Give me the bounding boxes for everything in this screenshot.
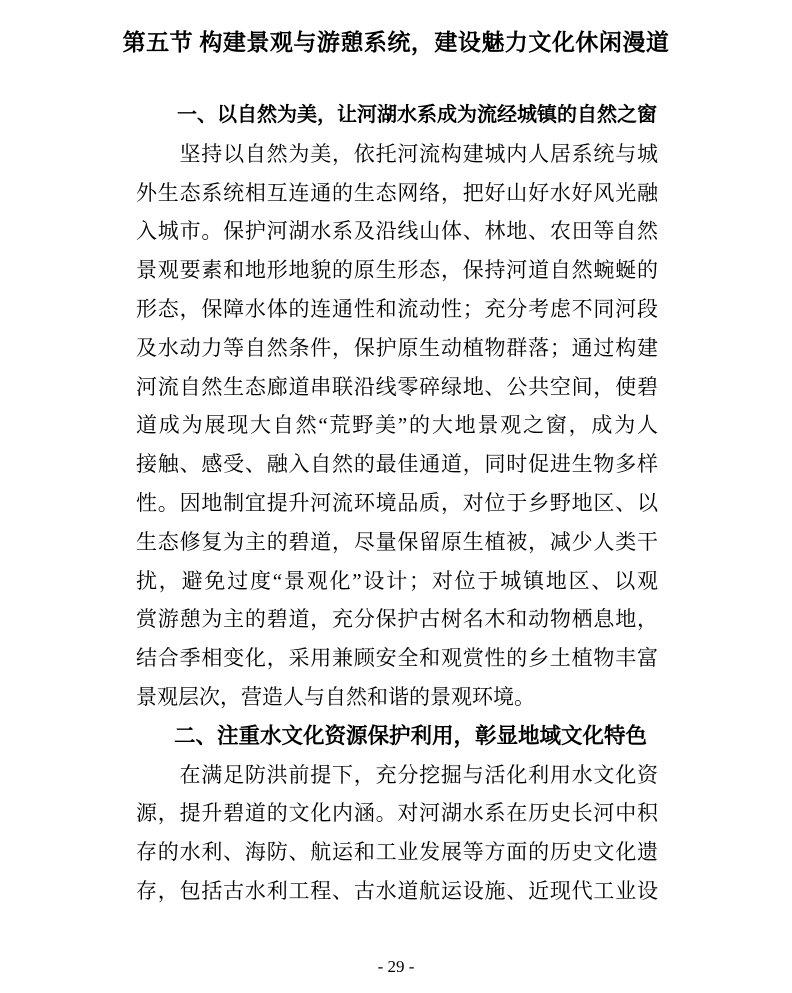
body-line: 结合季相变化，采用兼顾安全和观赏性的乡土植物丰富: [136, 639, 658, 678]
body-line: 源，提升碧道的文化内涵。对河湖水系在历史长河中积: [136, 794, 658, 833]
body-line: 在满足防洪前提下，充分挖掘与活化利用水文化资: [136, 756, 658, 795]
body-line: 接触、感受、融入自然的最佳通道，同时促进生物多样: [136, 445, 658, 484]
page-content: 一、以自然为美，让河湖水系成为流经城镇的自然之窗 坚持以自然为美，依托河流构建城…: [136, 96, 658, 911]
body-line: 存的水利、海防、航运和工业发展等方面的历史文化遗: [136, 833, 658, 872]
body-line: 河流自然生态廊道串联沿线零碎绿地、公共空间，使碧: [136, 368, 658, 407]
body-line: 扰，避免过度“景观化”设计；对位于城镇地区、以观: [136, 562, 658, 601]
body-line: 赏游憩为主的碧道，充分保护古树名木和动物栖息地，: [136, 600, 658, 639]
body-line: 坚持以自然为美，依托河流构建城内人居系统与城: [136, 135, 658, 174]
section-1-heading: 一、以自然为美，让河湖水系成为流经城镇的自然之窗: [136, 96, 658, 135]
body-line: 景观层次，营造人与自然和谐的景观环境。: [136, 678, 658, 717]
document-page: 第五节 构建景观与游憩系统，建设魅力文化休闲漫道 一、以自然为美，让河湖水系成为…: [0, 0, 792, 993]
body-line: 及水动力等自然条件，保护原生动植物群落；通过构建: [136, 329, 658, 368]
body-line: 形态，保障水体的连通性和流动性；充分考虑不同河段: [136, 290, 658, 329]
section-2-heading: 二、注重水文化资源保护利用，彰显地域文化特色: [136, 717, 658, 756]
body-line: 生态修复为主的碧道，尽量保留原生植被，减少人类干: [136, 523, 658, 562]
page-title: 第五节 构建景观与游憩系统，建设魅力文化休闲漫道: [0, 24, 792, 57]
body-line: 景观要素和地形地貌的原生形态，保持河道自然蜿蜒的: [136, 251, 658, 290]
body-line: 道成为展现大自然“荒野美”的大地景观之窗，成为人: [136, 406, 658, 445]
body-line: 外生态系统相互连通的生态网络，把好山好水好风光融: [136, 174, 658, 213]
body-line: 入城市。保护河湖水系及沿线山体、林地、农田等自然: [136, 212, 658, 251]
body-line: 存，包括古水利工程、古水道航运设施、近现代工业设: [136, 872, 658, 911]
page-number: - 29 -: [0, 957, 792, 977]
body-line: 性。因地制宜提升河流环境品质，对位于乡野地区、以: [136, 484, 658, 523]
